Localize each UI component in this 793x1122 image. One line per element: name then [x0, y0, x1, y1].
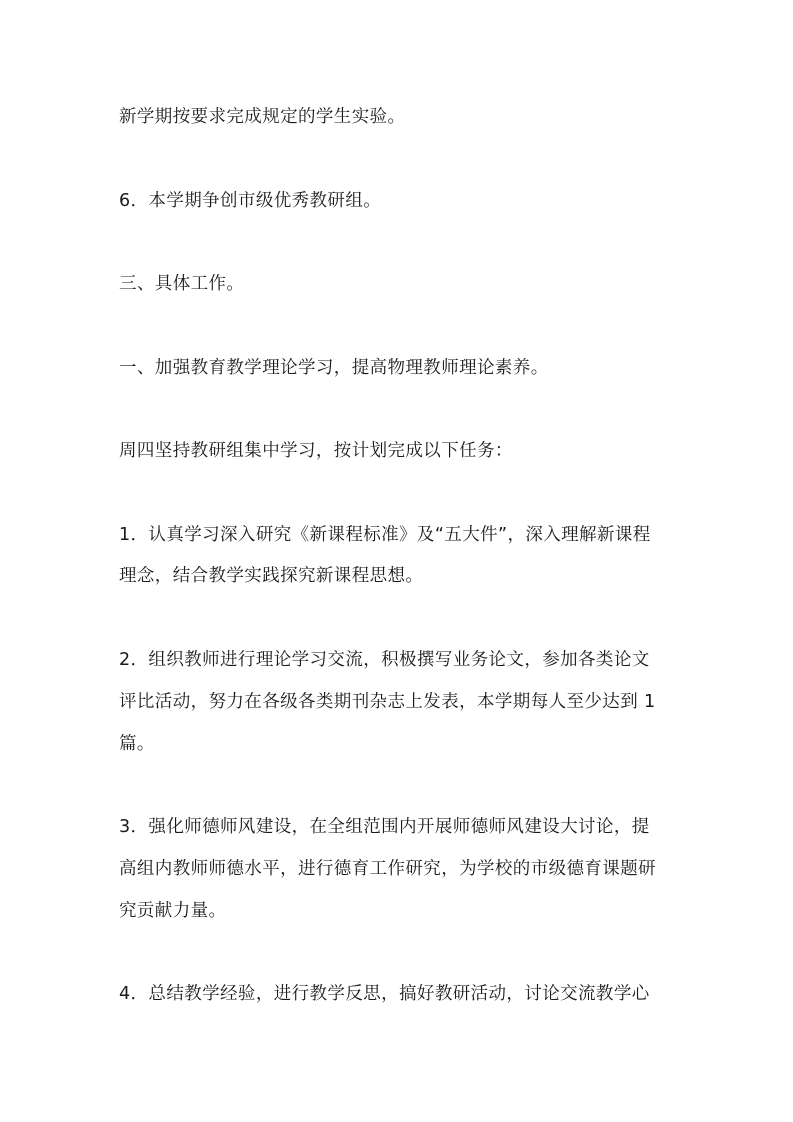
goal-6-line: 6．本学期争创市级优秀教研组。 [119, 190, 689, 212]
task-2-line-2: 评比活动，努力在各级各类期刊杂志上发表，本学期每人至少达到 1 [119, 691, 689, 713]
task-3-line-3: 究贡献力量。 [119, 900, 689, 922]
task-2-line-3: 篇。 [119, 733, 689, 755]
section-heading-3: 三、具体工作。 [119, 273, 689, 295]
task-1-line-1: 1．认真学习深入研究《新课程标准》及“五大件”，深入理解新课程 [119, 524, 689, 546]
task-3-line-2: 高组内教师师德水平，进行德育工作研究，为学校的市级德育课题研 [119, 858, 689, 880]
task-2-line-1: 2．组织教师进行理论学习交流，积极撰写业务论文，参加各类论文 [119, 649, 689, 671]
paragraph-line: 新学期按要求完成规定的学生实验。 [119, 106, 689, 128]
task-3-line-1: 3．强化师德师风建设，在全组范围内开展师德师风建设大讨论，提 [119, 816, 689, 838]
paragraph-line: 周四坚持教研组集中学习，按计划完成以下任务： [119, 440, 689, 462]
task-4-line-1: 4．总结教学经验，进行教学反思，搞好教研活动，讨论交流教学心 [119, 983, 689, 1005]
subsection-heading-1: 一、加强教育教学理论学习，提高物理教师理论素养。 [119, 357, 689, 379]
task-1-line-2: 理念，结合教学实践探究新课程思想。 [119, 565, 689, 587]
